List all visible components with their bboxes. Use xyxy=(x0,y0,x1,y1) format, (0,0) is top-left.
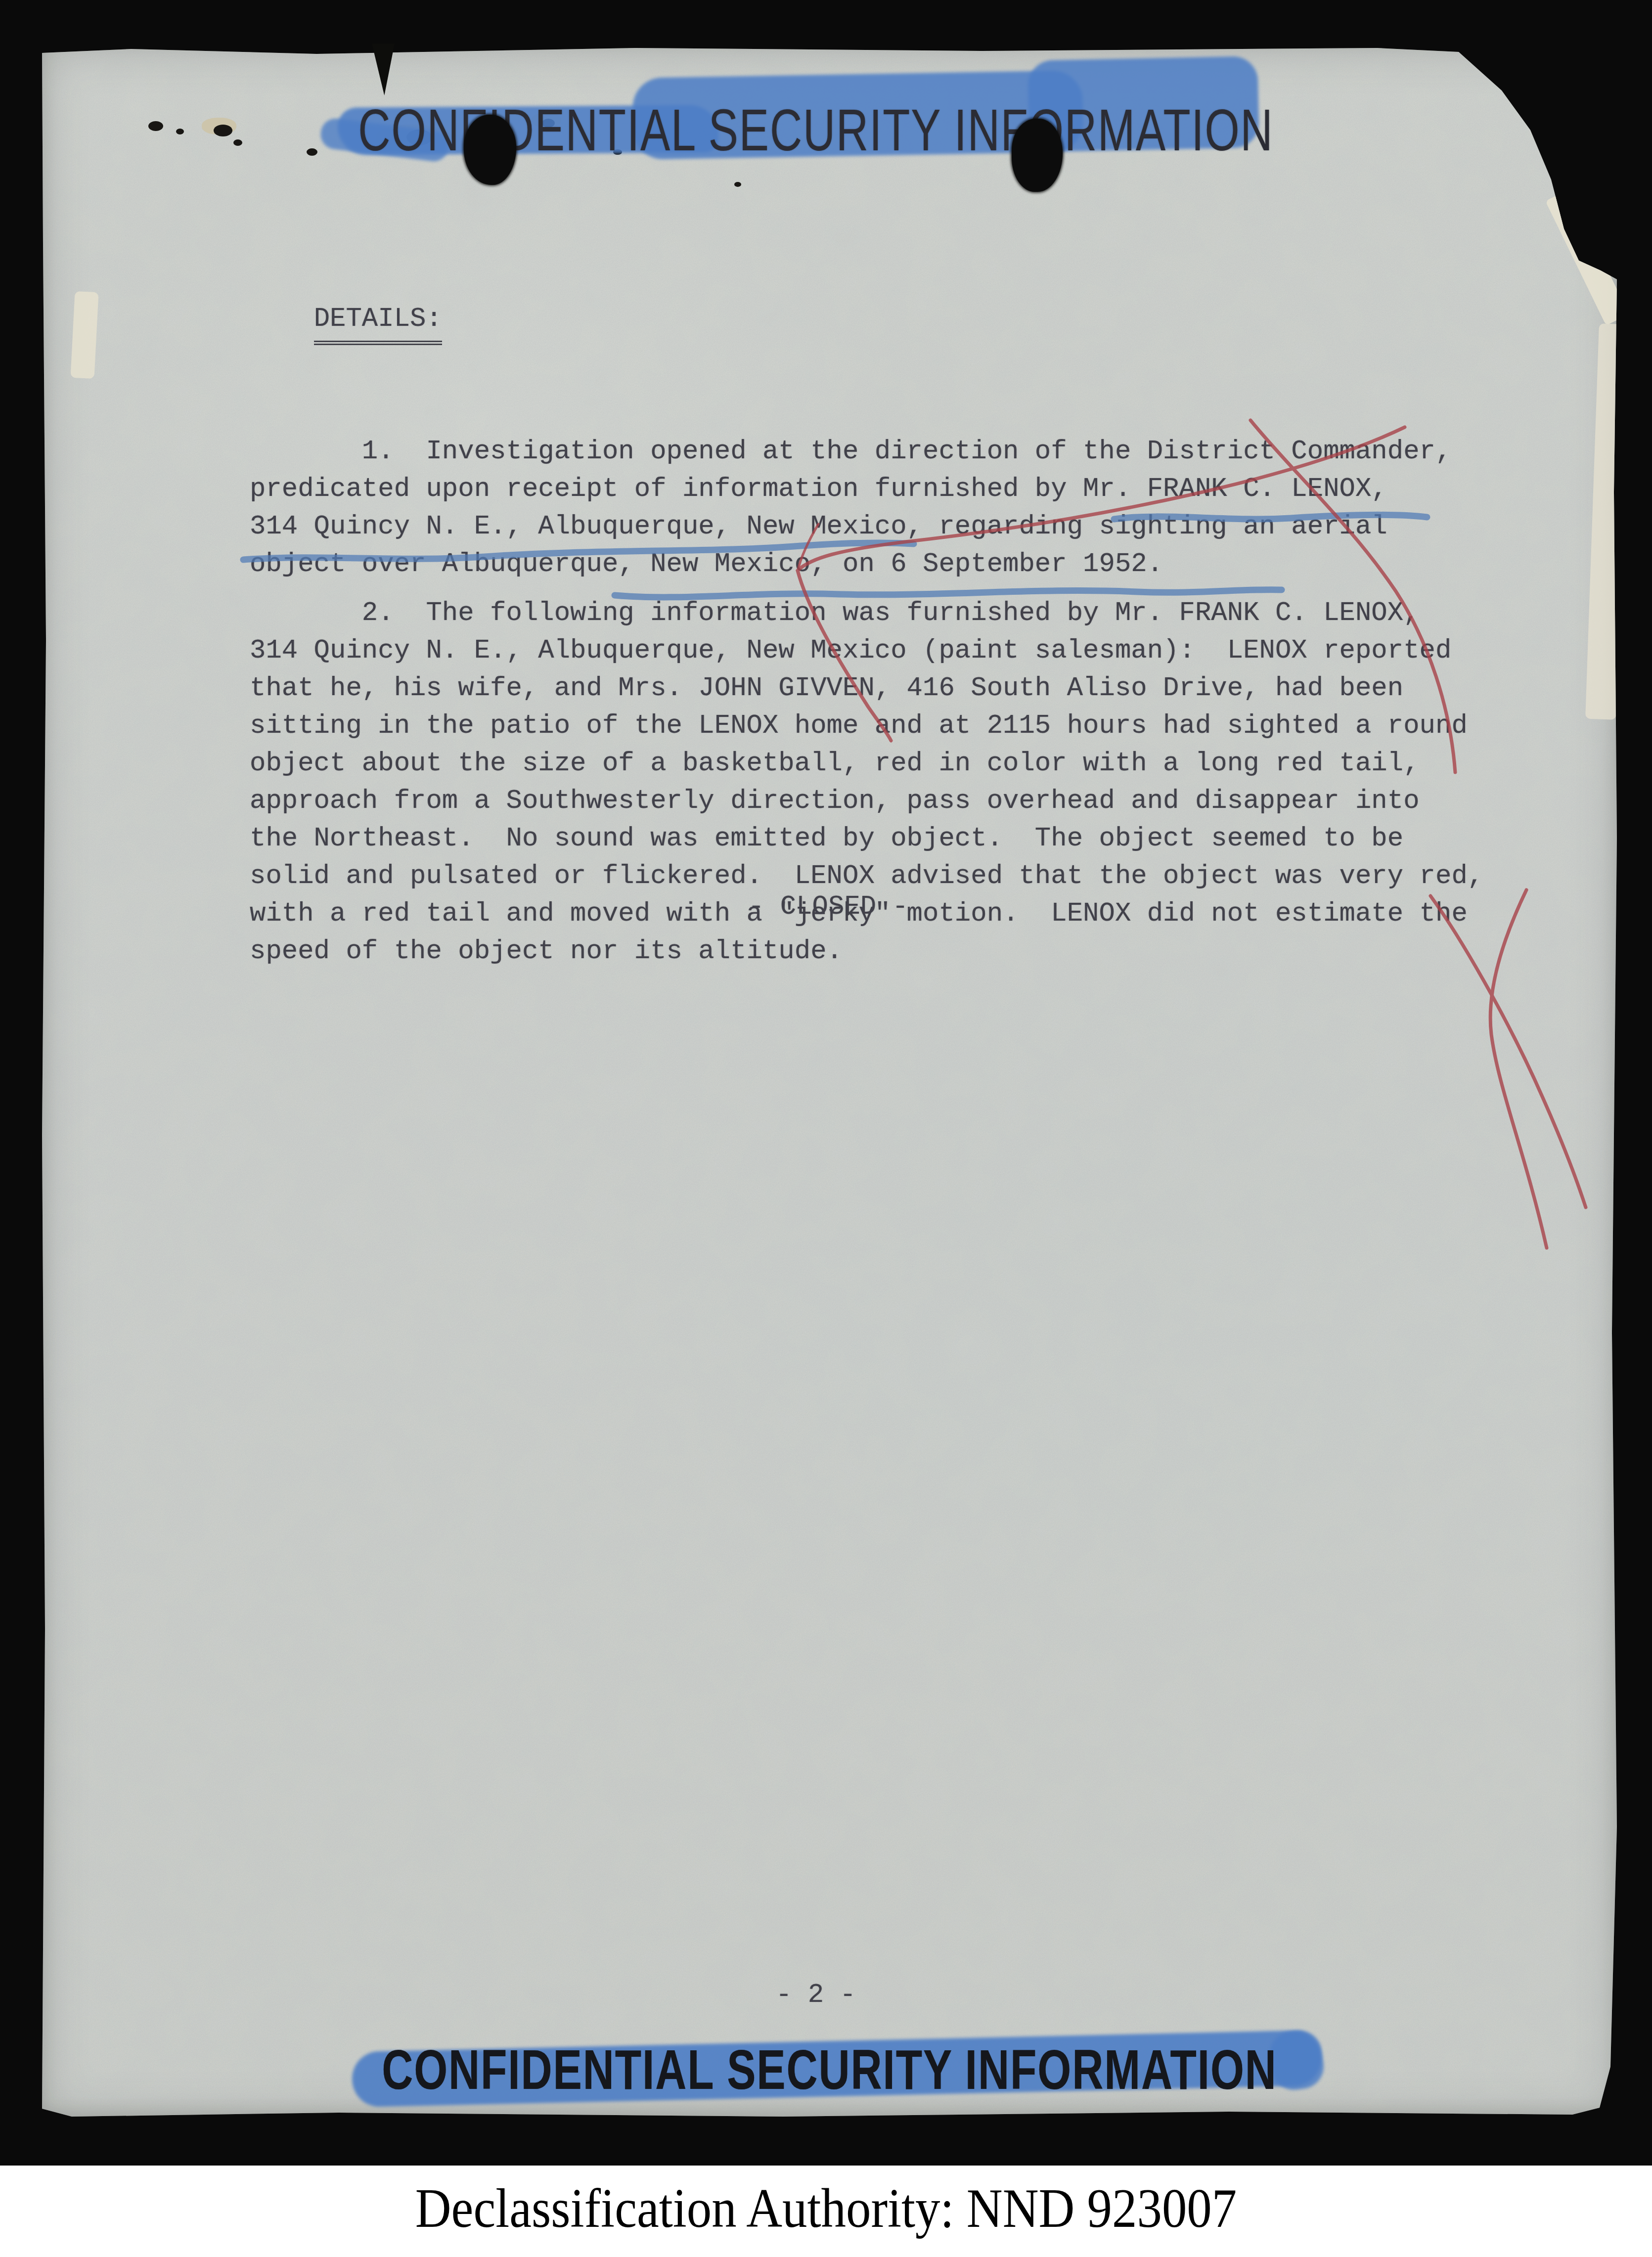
damage-speck xyxy=(233,139,242,146)
declassification-authority-text: Declassification Authority: NND 923007 xyxy=(25,2176,1627,2240)
typewritten-line: object about the size of a basketball, r… xyxy=(250,745,1516,783)
typewritten-line: that he, his wife, and Mrs. JOHN GIVVEN,… xyxy=(250,670,1516,708)
typewritten-line: the Northeast. No sound was emitted by o… xyxy=(250,820,1516,858)
typewritten-line: 314 Quincy N. E., Albuquerque, New Mexic… xyxy=(250,632,1516,670)
scanned-document-page: CONFIDENTIAL SECURITY INFORMATION CONFID… xyxy=(0,0,1652,2257)
typewritten-line: 2. The following information was furnish… xyxy=(250,595,1516,632)
typewritten-line: 1. Investigation opened at the direction… xyxy=(250,433,1516,471)
closed-line: - CLOSED - xyxy=(250,888,1407,926)
hole-punch xyxy=(464,115,516,185)
typewritten-line: sitting in the patio of the LENOX home a… xyxy=(250,708,1516,745)
typewritten-line: approach from a Southwesterly direction,… xyxy=(250,783,1516,820)
tape-strip xyxy=(70,291,98,379)
hole-punch xyxy=(1012,119,1063,192)
page-number: - 2 - xyxy=(250,1977,1382,2014)
declassification-footer: Declassification Authority: NND 923007 xyxy=(0,2166,1652,2257)
classification-banner-top: CONFIDENTIAL SECURITY INFORMATION xyxy=(307,97,1325,165)
damage-speck xyxy=(176,129,184,134)
damage-speck xyxy=(734,182,741,187)
classification-banner-bottom: CONFIDENTIAL SECURITY INFORMATION xyxy=(337,2039,1321,2102)
typewritten-line: speed of the object nor its altitude. xyxy=(250,933,1516,971)
damage-speck xyxy=(148,121,163,131)
damage-speck xyxy=(214,125,232,136)
